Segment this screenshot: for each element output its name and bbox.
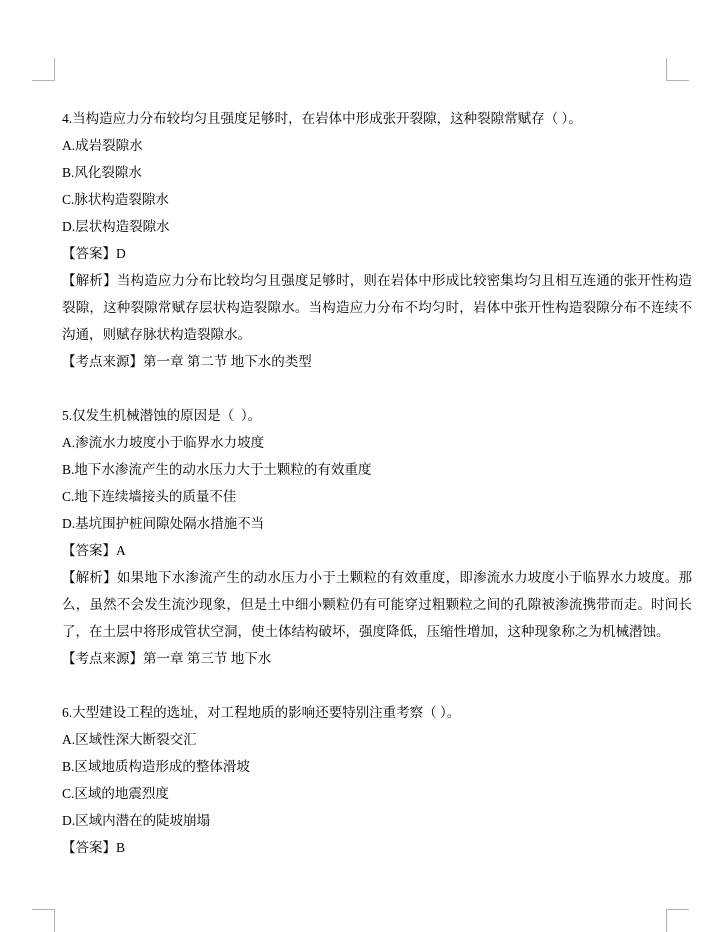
analysis-paragraph: 【解析】如果地下水渗流产生的动水压力小于土颗粒的有效重度，即渗流水力坡度小于临界… [62, 564, 692, 645]
answer-label: 【答案】 [62, 246, 116, 261]
answer-value: B [116, 840, 125, 855]
text-boundary-mark-bottom-right [666, 909, 689, 932]
answer-label: 【答案】 [62, 840, 116, 855]
option-c: C.脉状构造裂隙水 [62, 186, 692, 213]
answer-value: D [116, 246, 126, 261]
text-boundary-mark-bottom-left [32, 909, 55, 932]
answer-value: A [116, 543, 126, 558]
option-a: A.区域性深大断裂交汇 [62, 726, 692, 753]
document-page: 4.当构造应力分布较均匀且强度足够时，在岩体中形成张开裂隙，这种裂隙常赋存（ ）… [0, 0, 712, 932]
analysis-label: 【解析】 [62, 273, 117, 288]
option-a: A.渗流水力坡度小于临界水力坡度 [62, 429, 692, 456]
analysis-paragraph: 【解析】当构造应力分布比较均匀且强度足够时，则在岩体中形成比较密集均匀且相互连通… [62, 267, 692, 348]
document-content: 4.当构造应力分布较均匀且强度足够时，在岩体中形成张开裂隙，这种裂隙常赋存（ ）… [62, 105, 692, 861]
source-line: 【考点来源】第一章 第二节 地下水的类型 [62, 348, 692, 375]
question-block-4: 4.当构造应力分布较均匀且强度足够时，在岩体中形成张开裂隙，这种裂隙常赋存（ ）… [62, 105, 692, 375]
answer-line: 【答案】B [62, 834, 692, 861]
source-line: 【考点来源】第一章 第三节 地下水 [62, 645, 692, 672]
option-c: C.区域的地震烈度 [62, 780, 692, 807]
answer-line: 【答案】A [62, 537, 692, 564]
answer-line: 【答案】D [62, 240, 692, 267]
analysis-text: 如果地下水渗流产生的动水压力小于土颗粒的有效重度，即渗流水力坡度小于临界水力坡度… [62, 570, 692, 639]
text-boundary-mark-top-right [666, 58, 689, 81]
option-c: C.地下连续墙接头的质量不佳 [62, 483, 692, 510]
option-b: B.区域地质构造形成的整体滑坡 [62, 753, 692, 780]
source-text: 第一章 第三节 地下水 [143, 651, 271, 666]
option-d: D.层状构造裂隙水 [62, 213, 692, 240]
question-block-5: 5.仅发生机械潜蚀的原因是（ ）。 A.渗流水力坡度小于临界水力坡度 B.地下水… [62, 402, 692, 672]
option-b: B.地下水渗流产生的动水压力大于土颗粒的有效重度 [62, 456, 692, 483]
text-boundary-mark-top-left [32, 58, 55, 81]
option-d: D.区域内潜在的陡坡崩塌 [62, 807, 692, 834]
source-label: 【考点来源】 [62, 354, 143, 369]
option-d: D.基坑围护桩间隙处隔水措施不当 [62, 510, 692, 537]
question-block-6: 6.大型建设工程的选址，对工程地质的影响还要特别注重考察（ ）。 A.区域性深大… [62, 699, 692, 861]
option-a: A.成岩裂隙水 [62, 132, 692, 159]
question-stem: 4.当构造应力分布较均匀且强度足够时，在岩体中形成张开裂隙，这种裂隙常赋存（ ）… [62, 105, 692, 132]
question-stem: 6.大型建设工程的选址，对工程地质的影响还要特别注重考察（ ）。 [62, 699, 692, 726]
question-stem: 5.仅发生机械潜蚀的原因是（ ）。 [62, 402, 692, 429]
analysis-label: 【解析】 [62, 570, 117, 585]
source-text: 第一章 第二节 地下水的类型 [143, 354, 312, 369]
answer-label: 【答案】 [62, 543, 116, 558]
source-label: 【考点来源】 [62, 651, 143, 666]
analysis-text: 当构造应力分布比较均匀且强度足够时，则在岩体中形成比较密集均匀且相互连通的张开性… [62, 273, 692, 342]
option-b: B.风化裂隙水 [62, 159, 692, 186]
